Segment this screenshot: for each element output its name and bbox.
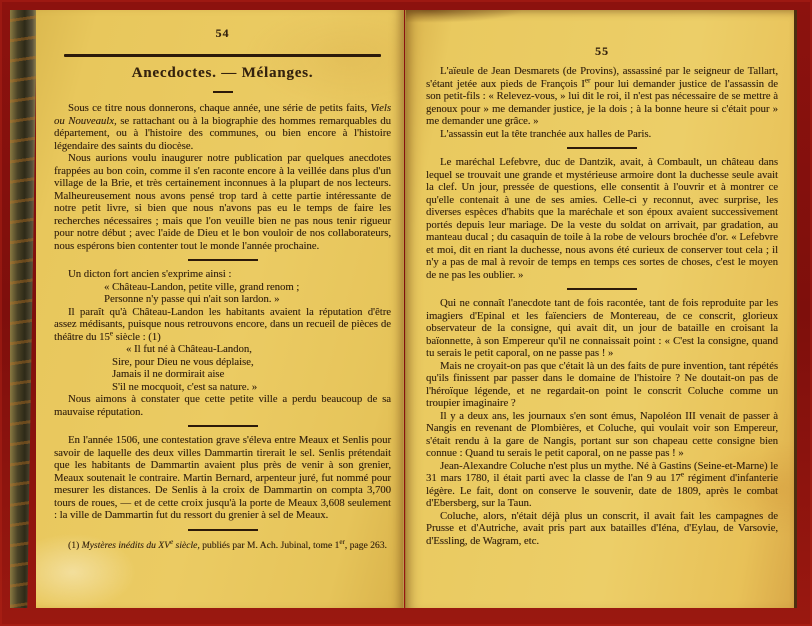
heading-dash xyxy=(213,91,233,93)
coluche-paragraph-3: Il y a deux ans, les journaux s'en sont … xyxy=(426,410,778,460)
book-photo: 54 Anecdoctes. — Mélanges. Sous ce titre… xyxy=(0,0,812,626)
book-spine-edge xyxy=(10,10,37,608)
intro-paragraph-1: Sous ce titre nous donnerons, chaque ann… xyxy=(54,102,391,152)
coluche-paragraph-1: Qui ne connaît l'anecdote tant de fois r… xyxy=(426,297,778,360)
section-divider-4 xyxy=(567,147,637,149)
quatrain-line-4: S'il ne mocquoit, c'est sa nature. » xyxy=(112,381,391,394)
page-number-right: 55 xyxy=(426,44,778,59)
couplet-line-1: « Château-Landon, petite ville, grand re… xyxy=(104,281,391,294)
footnote-rest-text-a: publiés par M. Ach. Jubinal, tome 1 xyxy=(200,540,340,551)
dicton-paragraph-text-a: Il paraît qu'à Château-Landon les habita… xyxy=(54,306,391,343)
page-number-left: 54 xyxy=(54,26,391,41)
quatrain-line-3: Jamais il ne dormirait aise xyxy=(112,368,391,381)
footnote-rest-text-b: , page 263. xyxy=(345,540,387,551)
section-divider-3 xyxy=(188,529,258,531)
quatrain-line-2: Sire, pour Dieu ne vous déplaise, xyxy=(112,356,391,369)
sel-anecdote-paragraph: En l'année 1506, une contestation grave … xyxy=(54,434,391,522)
dicton-quatrain: « Il fut né à Château-Landon, Sire, pour… xyxy=(54,343,391,393)
intro-p1-text-a: Sous ce titre nous donnerons, chaque ann… xyxy=(68,102,370,114)
dicton-closing: Nous aimons à constater que cette petite… xyxy=(54,393,391,418)
coluche-paragraph-4: Jean-Alexandre Coluche n'est plus un myt… xyxy=(426,460,778,510)
footnote-italic-title: Mystères inédits du XVe siècle, xyxy=(82,540,200,551)
footnote-title-text-b: siècle, xyxy=(173,540,200,551)
lefebvre-paragraph: Le maréchal Lefebvre, duc de Dantzik, av… xyxy=(426,156,778,281)
dicton-couplet: « Château-Landon, petite ville, grand re… xyxy=(54,281,391,306)
footnote-marker: (1) xyxy=(68,540,82,551)
quatrain-line-1: « Il fut né à Château-Landon, xyxy=(112,343,391,356)
section-divider-2 xyxy=(188,425,258,427)
dicton-paragraph-text-b: siècle : (1) xyxy=(113,331,161,343)
dicton-paragraph: Il paraît qu'à Château-Landon les habita… xyxy=(54,306,391,344)
chapter-heading: Anecdoctes. — Mélanges. xyxy=(54,65,391,82)
coluche-paragraph-5: Coluche, alors, n'était déjà plus un con… xyxy=(426,510,778,548)
couplet-line-2: Personne n'y passe qui n'ait son lardon.… xyxy=(104,293,391,306)
chapter-rule xyxy=(64,54,381,57)
footnote-title-text-a: Mystères inédits du XV xyxy=(82,540,170,551)
intro-paragraph-2: Nous aurions voulu inaugurer notre publi… xyxy=(54,152,391,252)
section-divider-5 xyxy=(567,288,637,290)
desmarets-closing: L'assassin eut la tête tranchée aux hall… xyxy=(426,128,778,141)
section-divider-1 xyxy=(188,259,258,261)
coluche-paragraph-2: Mais ne croyait-on pas que c'était là un… xyxy=(426,360,778,410)
dicton-intro: Un dicton fort ancien s'exprime ainsi : xyxy=(54,268,391,281)
page-right: 55 L'aïeule de Jean Desmarets (de Provin… xyxy=(405,10,797,608)
desmarets-paragraph: L'aïeule de Jean Desmarets (de Provins),… xyxy=(426,65,778,128)
page-left: 54 Anecdoctes. — Mélanges. Sous ce titre… xyxy=(36,10,404,608)
footnote: (1) Mystères inédits du XVe siècle, publ… xyxy=(54,540,391,552)
